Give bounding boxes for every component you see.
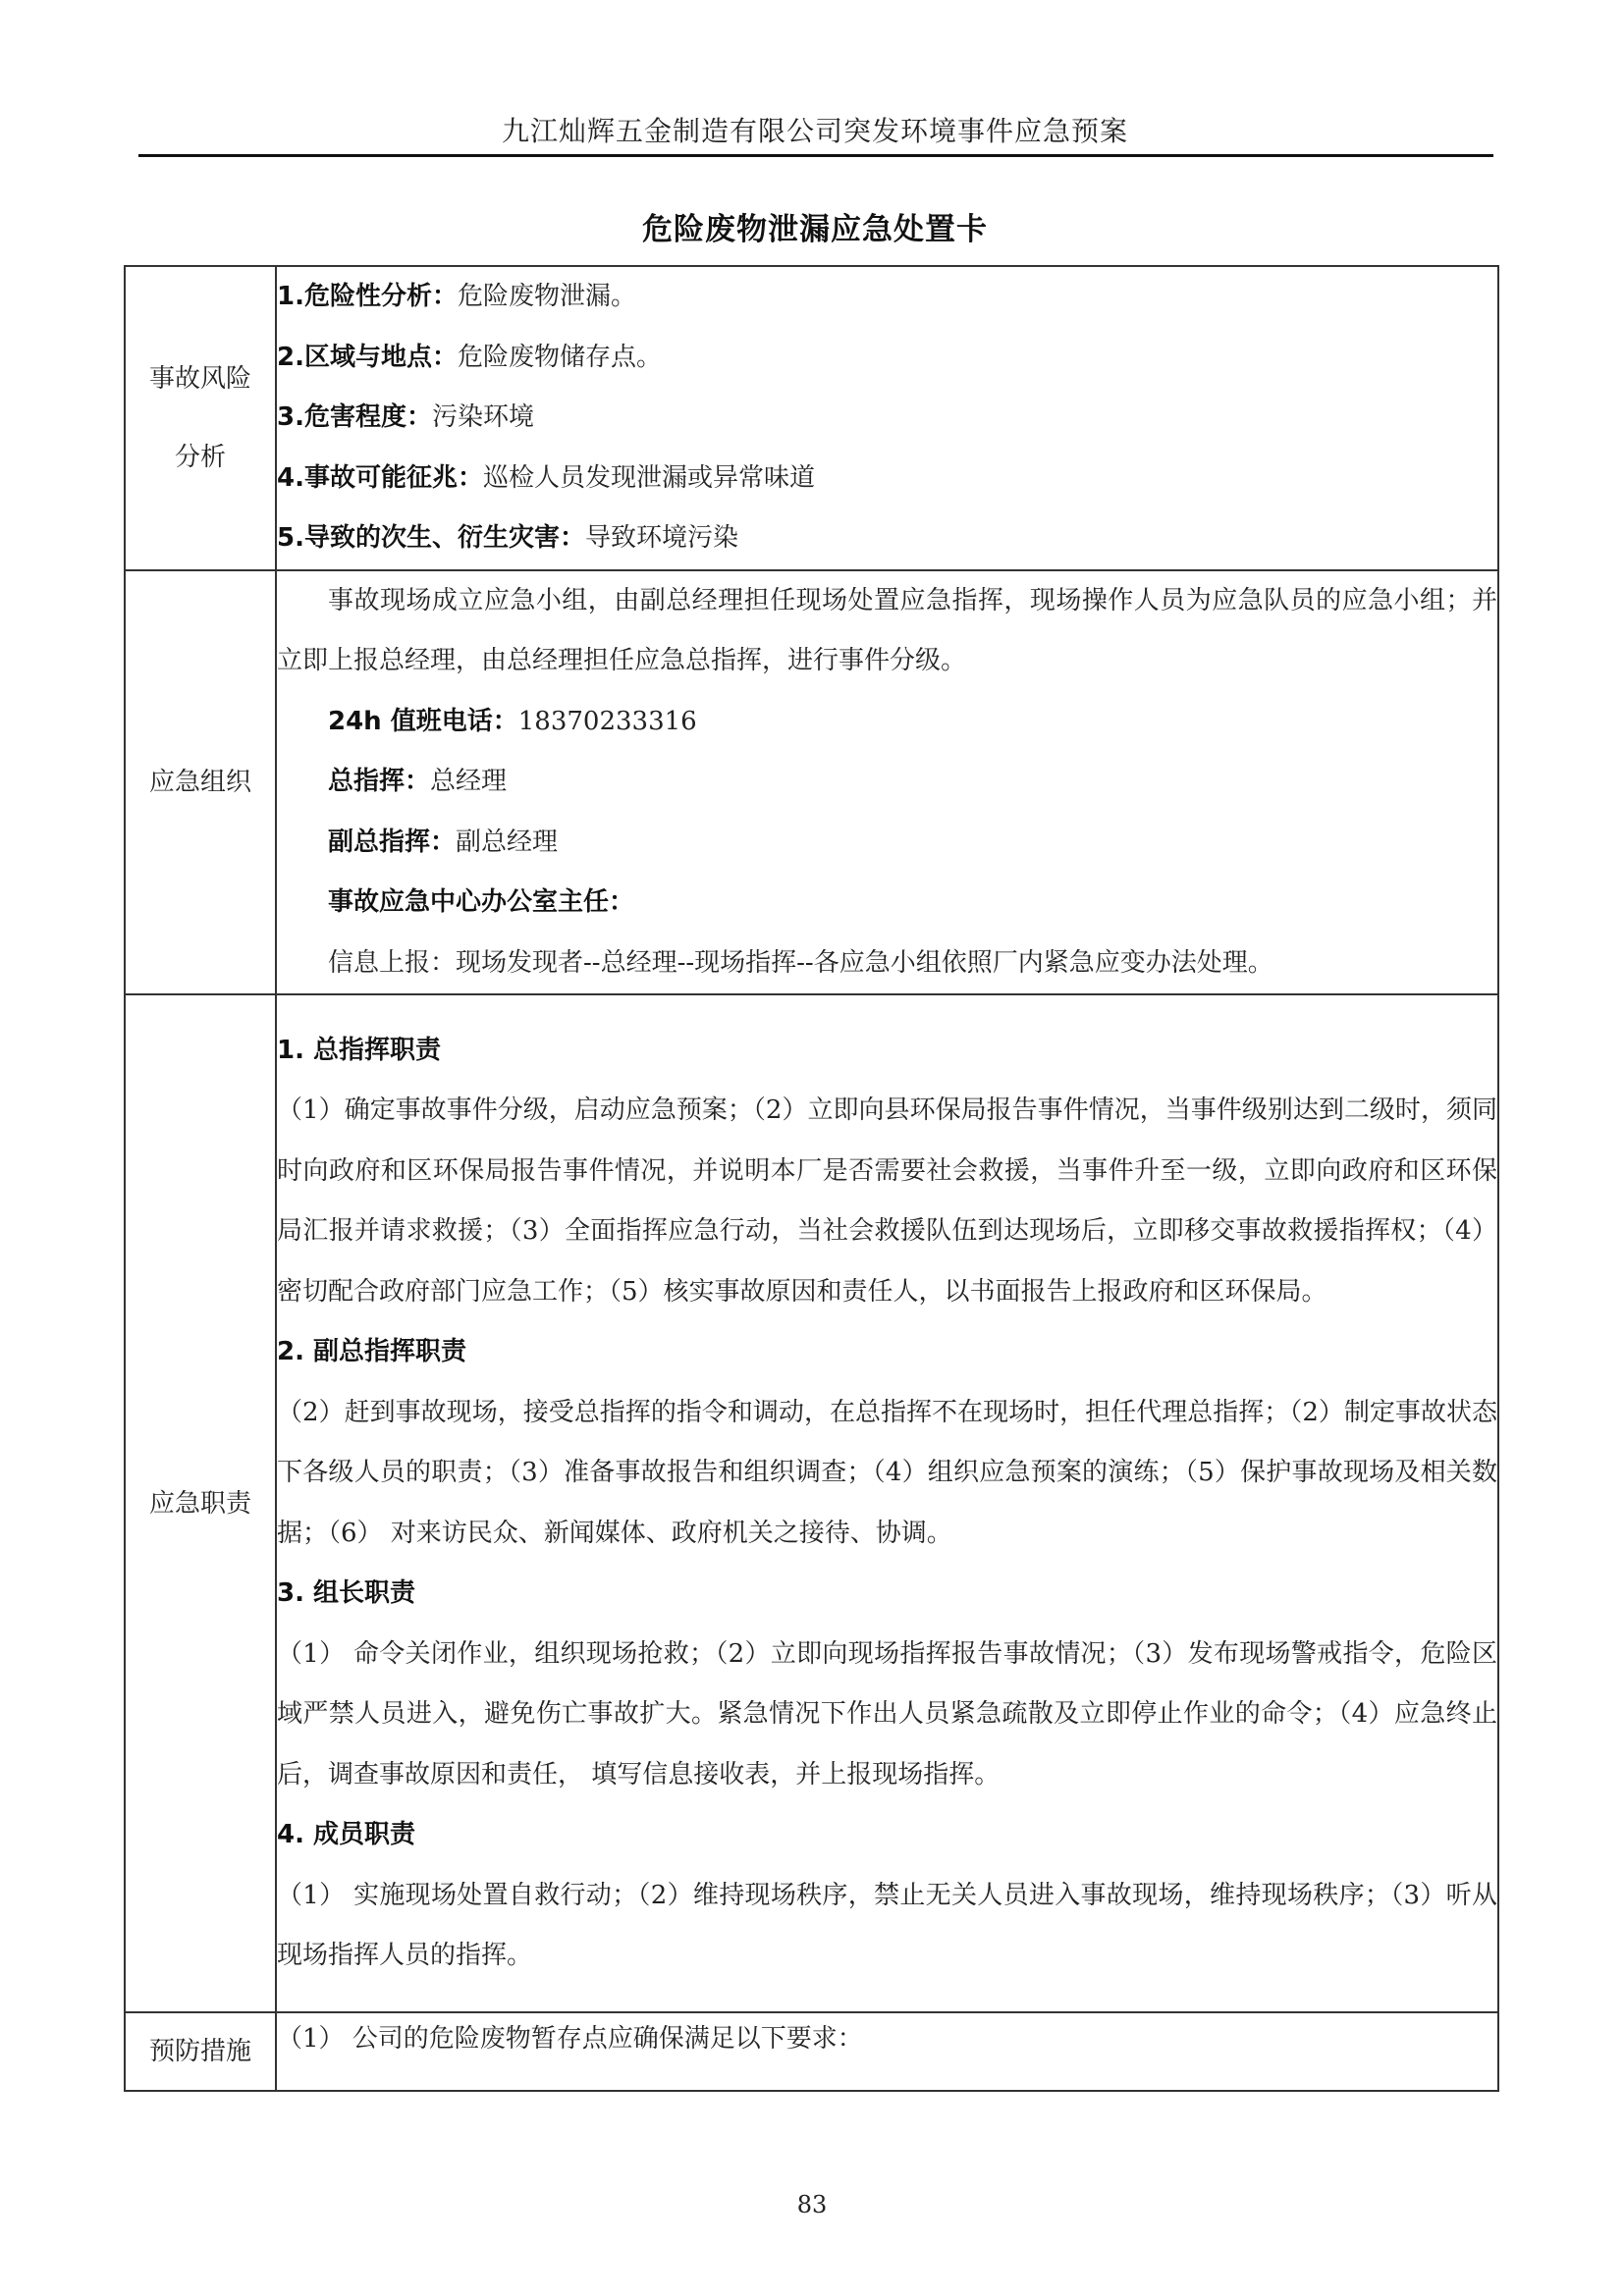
- document-title: 危险废物泄漏应急处置卡: [137, 204, 1492, 248]
- risk-item-value: 巡检人员发现泄漏或异常味道: [483, 463, 815, 493]
- duty-heading: 3. 组长职责: [277, 1564, 1497, 1625]
- emergency-org-label: 应急组织: [125, 570, 276, 995]
- risk-item-value: 危险废物泄漏。: [458, 282, 636, 311]
- duty-heading: 2. 副总指挥职责: [277, 1322, 1497, 1383]
- office-director-line: 事故应急中心办公室主任：: [277, 873, 1497, 934]
- duty-text: （1） 实施现场处置自救行动；（2）维持现场秩序，禁止无关人员进入事故现场，维持…: [277, 1866, 1497, 1987]
- page-number: 83: [0, 2191, 1624, 2218]
- risk-item: 1.危险性分析：危险废物泄漏。: [277, 267, 1497, 328]
- hotline-value: 18370233316: [518, 707, 697, 736]
- risk-analysis-label: 事故风险 分析: [125, 266, 276, 570]
- prevention-content: （1） 公司的危险废物暂存点应确保满足以下要求：: [276, 2012, 1498, 2091]
- risk-analysis-row: 事故风险 分析 1.危险性分析：危险废物泄漏。 2.区域与地点：危险废物储存点。…: [125, 266, 1498, 570]
- risk-item-value: 污染环境: [432, 402, 534, 432]
- deputy-commander-value: 副总经理: [456, 828, 558, 857]
- prevention-text: （1） 公司的危险废物暂存点应确保满足以下要求：: [277, 2013, 1497, 2064]
- duty-text: （1）确定事故事件分级，启动应急预案；（2）立即向县环保局报告事件情况，当事件级…: [277, 1081, 1497, 1322]
- risk-item-key: 2.区域与地点：: [277, 343, 458, 372]
- commander-key: 总指挥：: [328, 767, 430, 796]
- risk-item-key: 3.危害程度：: [277, 402, 432, 432]
- emergency-duties-content: 1. 总指挥职责 （1）确定事故事件分级，启动应急预案；（2）立即向县环保局报告…: [276, 994, 1498, 2012]
- header-divider: [138, 154, 1493, 157]
- prevention-label: 预防措施: [125, 2012, 276, 2091]
- emergency-response-card-table: 事故风险 分析 1.危险性分析：危险废物泄漏。 2.区域与地点：危险废物储存点。…: [124, 265, 1499, 2092]
- risk-item: 2.区域与地点：危险废物储存点。: [277, 328, 1497, 389]
- risk-analysis-label-line2: 分析: [126, 418, 275, 497]
- emergency-duties-row: 应急职责 1. 总指挥职责 （1）确定事故事件分级，启动应急预案；（2）立即向县…: [125, 994, 1498, 2012]
- duty-text: （1） 命令关闭作业，组织现场抢救；（2）立即向现场指挥报告事故情况；（3）发布…: [277, 1625, 1497, 1806]
- duty-heading: 1. 总指挥职责: [277, 1021, 1497, 1082]
- risk-item: 3.危害程度：污染环境: [277, 388, 1497, 449]
- duty-text: （2）赶到事故现场，接受总指挥的指令和调动，在总指挥不在现场时，担任代理总指挥；…: [277, 1383, 1497, 1565]
- report-flow-line: 信息上报：现场发现者--总经理--现场指挥--各应急小组依照厂内紧急应变办法处理…: [277, 934, 1497, 994]
- hotline-key: 24h 值班电话：: [328, 707, 518, 736]
- deputy-commander-key: 副总指挥：: [328, 828, 456, 857]
- emergency-duties-label: 应急职责: [125, 994, 276, 2012]
- prevention-row: 预防措施 （1） 公司的危险废物暂存点应确保满足以下要求：: [125, 2012, 1498, 2091]
- duty-heading: 4. 成员职责: [277, 1805, 1497, 1866]
- hotline-line: 24h 值班电话：18370233316: [277, 692, 1497, 753]
- emergency-org-row: 应急组织 事故现场成立应急小组，由副总经理担任现场处置应急指挥，现场操作人员为应…: [125, 570, 1498, 995]
- risk-item: 5.导致的次生、衍生灾害：导致环境污染: [277, 508, 1497, 569]
- running-header: 九江灿辉五金制造有限公司突发环境事件应急预案: [137, 110, 1492, 149]
- risk-item-value: 危险废物储存点。: [458, 343, 662, 372]
- commander-line: 总指挥：总经理: [277, 752, 1497, 813]
- risk-analysis-content: 1.危险性分析：危险废物泄漏。 2.区域与地点：危险废物储存点。 3.危害程度：…: [276, 266, 1498, 570]
- emergency-org-content: 事故现场成立应急小组，由副总经理担任现场处置应急指挥，现场操作人员为应急队员的应…: [276, 570, 1498, 995]
- emergency-org-intro: 事故现场成立应急小组，由副总经理担任现场处置应急指挥，现场操作人员为应急队员的应…: [277, 571, 1497, 692]
- risk-item-key: 1.危险性分析：: [277, 282, 458, 311]
- risk-item: 4.事故可能征兆：巡检人员发现泄漏或异常味道: [277, 449, 1497, 509]
- risk-item-key: 5.导致的次生、衍生灾害：: [277, 523, 585, 553]
- commander-value: 总经理: [430, 767, 507, 796]
- office-director-key: 事故应急中心办公室主任：: [328, 887, 634, 917]
- risk-item-value: 导致环境污染: [585, 523, 738, 553]
- risk-item-key: 4.事故可能征兆：: [277, 463, 483, 493]
- deputy-commander-line: 副总指挥：副总经理: [277, 813, 1497, 874]
- risk-analysis-label-line1: 事故风险: [126, 340, 275, 418]
